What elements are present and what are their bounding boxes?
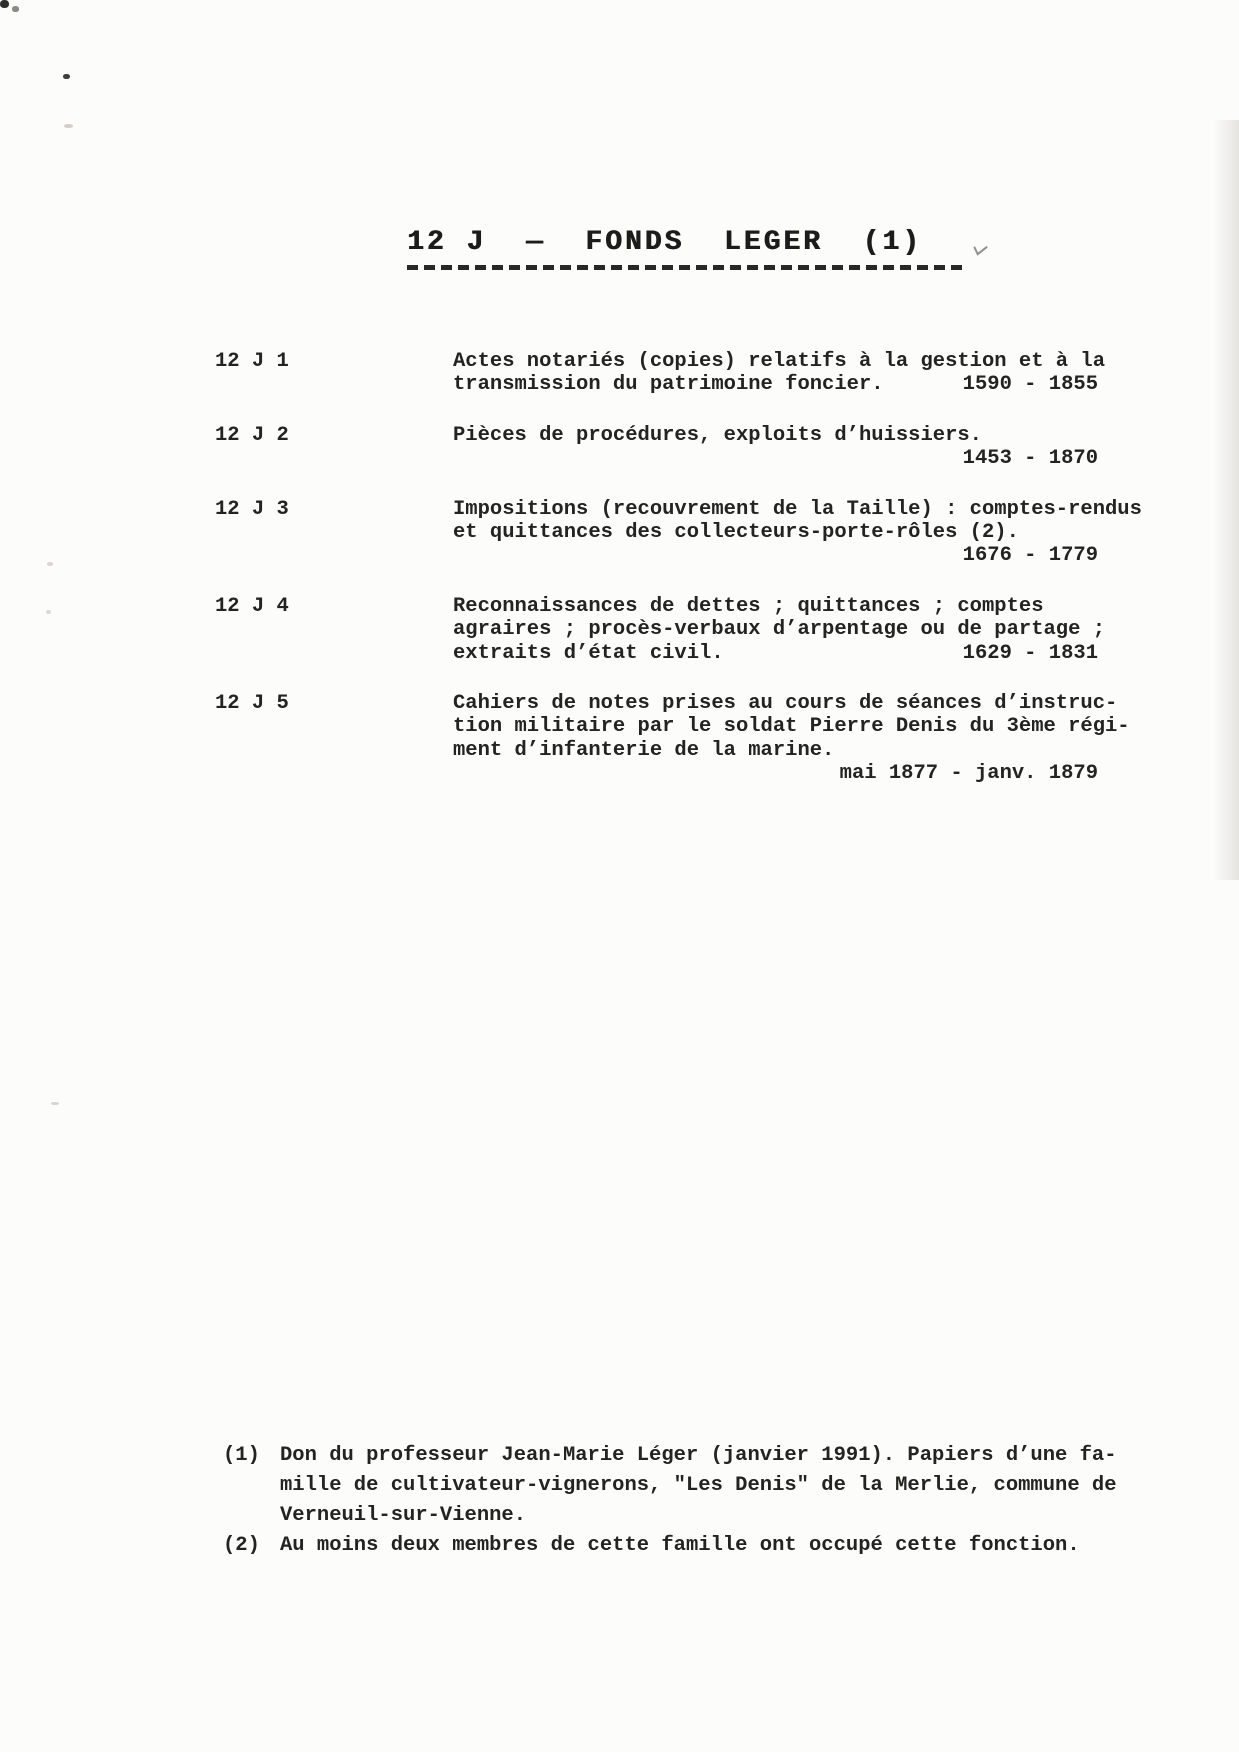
entry-row: 12 J 4 Reconnaissances de dettes ; quitt… bbox=[215, 595, 1153, 665]
entry-description: Impositions (recouvrement de la Taille) … bbox=[453, 498, 1153, 568]
footnote-line: Au moins deux membres de cette famille o… bbox=[280, 1531, 1080, 1561]
entry-row: 12 J 2 Pièces de procédures, exploits d’… bbox=[215, 424, 1153, 471]
scan-speck bbox=[64, 124, 73, 128]
entry-date: 1453 - 1870 bbox=[963, 447, 1153, 470]
scanned-document-page: 12 J — FONDS LEGER (1) 12 J 1 Actes nota… bbox=[0, 0, 1239, 1752]
footnote-marker: (1) bbox=[223, 1441, 280, 1531]
entry-date: 1676 - 1779 bbox=[963, 544, 1153, 567]
footnote-line: mille de cultivateur-vignerons, "Les Den… bbox=[280, 1471, 1117, 1501]
footnote-text: Au moins deux membres de cette famille o… bbox=[280, 1531, 1080, 1561]
entry-line: tion militaire par le soldat Pierre Deni… bbox=[453, 715, 1153, 738]
title-underline-rule bbox=[407, 265, 963, 270]
entry-description: Reconnaissances de dettes ; quittances ;… bbox=[453, 595, 1153, 665]
entry-line-text: Cahiers de notes prises au cours de séan… bbox=[453, 692, 1117, 715]
scan-speck bbox=[47, 562, 53, 566]
footnote-line: Don du professeur Jean-Marie Léger (janv… bbox=[280, 1441, 1117, 1471]
entry-list: 12 J 1 Actes notariés (copies) relatifs … bbox=[215, 350, 1153, 813]
entry-line-text: Pièces de procédures, exploits d’huissie… bbox=[453, 424, 982, 447]
entry-line: ment d’infanterie de la marine. bbox=[453, 739, 1153, 762]
entry-row: 12 J 1 Actes notariés (copies) relatifs … bbox=[215, 350, 1153, 397]
entry-line: et quittances des collecteurs-porte-rôle… bbox=[453, 521, 1153, 544]
entry-line-text: extraits d’état civil. bbox=[453, 642, 724, 665]
footnote-item: (1) Don du professeur Jean-Marie Léger (… bbox=[223, 1441, 1117, 1531]
footnote-line: Verneuil-sur-Vienne. bbox=[280, 1501, 1117, 1531]
entry-line: agraires ; procès-verbaux d’arpentage ou… bbox=[453, 618, 1153, 641]
entry-description: Pièces de procédures, exploits d’huissie… bbox=[453, 424, 1153, 471]
entry-line-text: agraires ; procès-verbaux d’arpentage ou… bbox=[453, 618, 1105, 641]
entry-date: 1629 - 1831 bbox=[963, 642, 1153, 665]
entry-description: Cahiers de notes prises au cours de séan… bbox=[453, 692, 1153, 786]
entry-code: 12 J 1 bbox=[215, 350, 453, 397]
title-block: 12 J — FONDS LEGER (1) bbox=[407, 226, 977, 270]
entry-code: 12 J 4 bbox=[215, 595, 453, 665]
entry-line-text: Actes notariés (copies) relatifs à la ge… bbox=[453, 350, 1105, 373]
footnote-marker: (2) bbox=[223, 1531, 280, 1561]
scan-edge-shading bbox=[1213, 120, 1239, 880]
entry-line-text: tion militaire par le soldat Pierre Deni… bbox=[453, 715, 1130, 738]
entry-line: Cahiers de notes prises au cours de séan… bbox=[453, 692, 1153, 715]
entry-line: 1453 - 1870 bbox=[453, 447, 1153, 470]
entry-date: 1590 - 1855 bbox=[963, 373, 1153, 396]
entry-line: transmission du patrimoine foncier.1590 … bbox=[453, 373, 1153, 396]
scan-speck bbox=[46, 610, 51, 614]
entry-line: Actes notariés (copies) relatifs à la ge… bbox=[453, 350, 1153, 373]
entry-row: 12 J 3 Impositions (recouvrement de la T… bbox=[215, 498, 1153, 568]
entry-line: 1676 - 1779 bbox=[453, 544, 1153, 567]
entry-line: mai 1877 - janv. 1879 bbox=[453, 762, 1153, 785]
entry-line: Reconnaissances de dettes ; quittances ;… bbox=[453, 595, 1153, 618]
entry-line-text: Reconnaissances de dettes ; quittances ;… bbox=[453, 595, 1044, 618]
entry-date: mai 1877 - janv. 1879 bbox=[840, 762, 1153, 785]
entry-code: 12 J 2 bbox=[215, 424, 453, 471]
entry-line-text: et quittances des collecteurs-porte-rôle… bbox=[453, 521, 1019, 544]
entry-row: 12 J 5 Cahiers de notes prises au cours … bbox=[215, 692, 1153, 786]
footnotes: (1) Don du professeur Jean-Marie Léger (… bbox=[223, 1441, 1117, 1561]
document-title: 12 J — FONDS LEGER (1) bbox=[407, 226, 977, 260]
entry-description: Actes notariés (copies) relatifs à la ge… bbox=[453, 350, 1153, 397]
scan-speck bbox=[63, 74, 70, 79]
entry-line: extraits d’état civil.1629 - 1831 bbox=[453, 642, 1153, 665]
footnote-text: Don du professeur Jean-Marie Léger (janv… bbox=[280, 1441, 1117, 1531]
scan-speck bbox=[51, 1102, 59, 1105]
entry-line: Pièces de procédures, exploits d’huissie… bbox=[453, 424, 1153, 447]
entry-line: Impositions (recouvrement de la Taille) … bbox=[453, 498, 1153, 521]
entry-line-text: transmission du patrimoine foncier. bbox=[453, 373, 884, 396]
entry-code: 12 J 5 bbox=[215, 692, 453, 786]
entry-code: 12 J 3 bbox=[215, 498, 453, 568]
footnote-item: (2) Au moins deux membres de cette famil… bbox=[223, 1531, 1117, 1561]
scan-speck bbox=[0, 0, 9, 8]
entry-line-text: ment d’infanterie de la marine. bbox=[453, 739, 834, 762]
entry-line-text: Impositions (recouvrement de la Taille) … bbox=[453, 498, 1142, 521]
